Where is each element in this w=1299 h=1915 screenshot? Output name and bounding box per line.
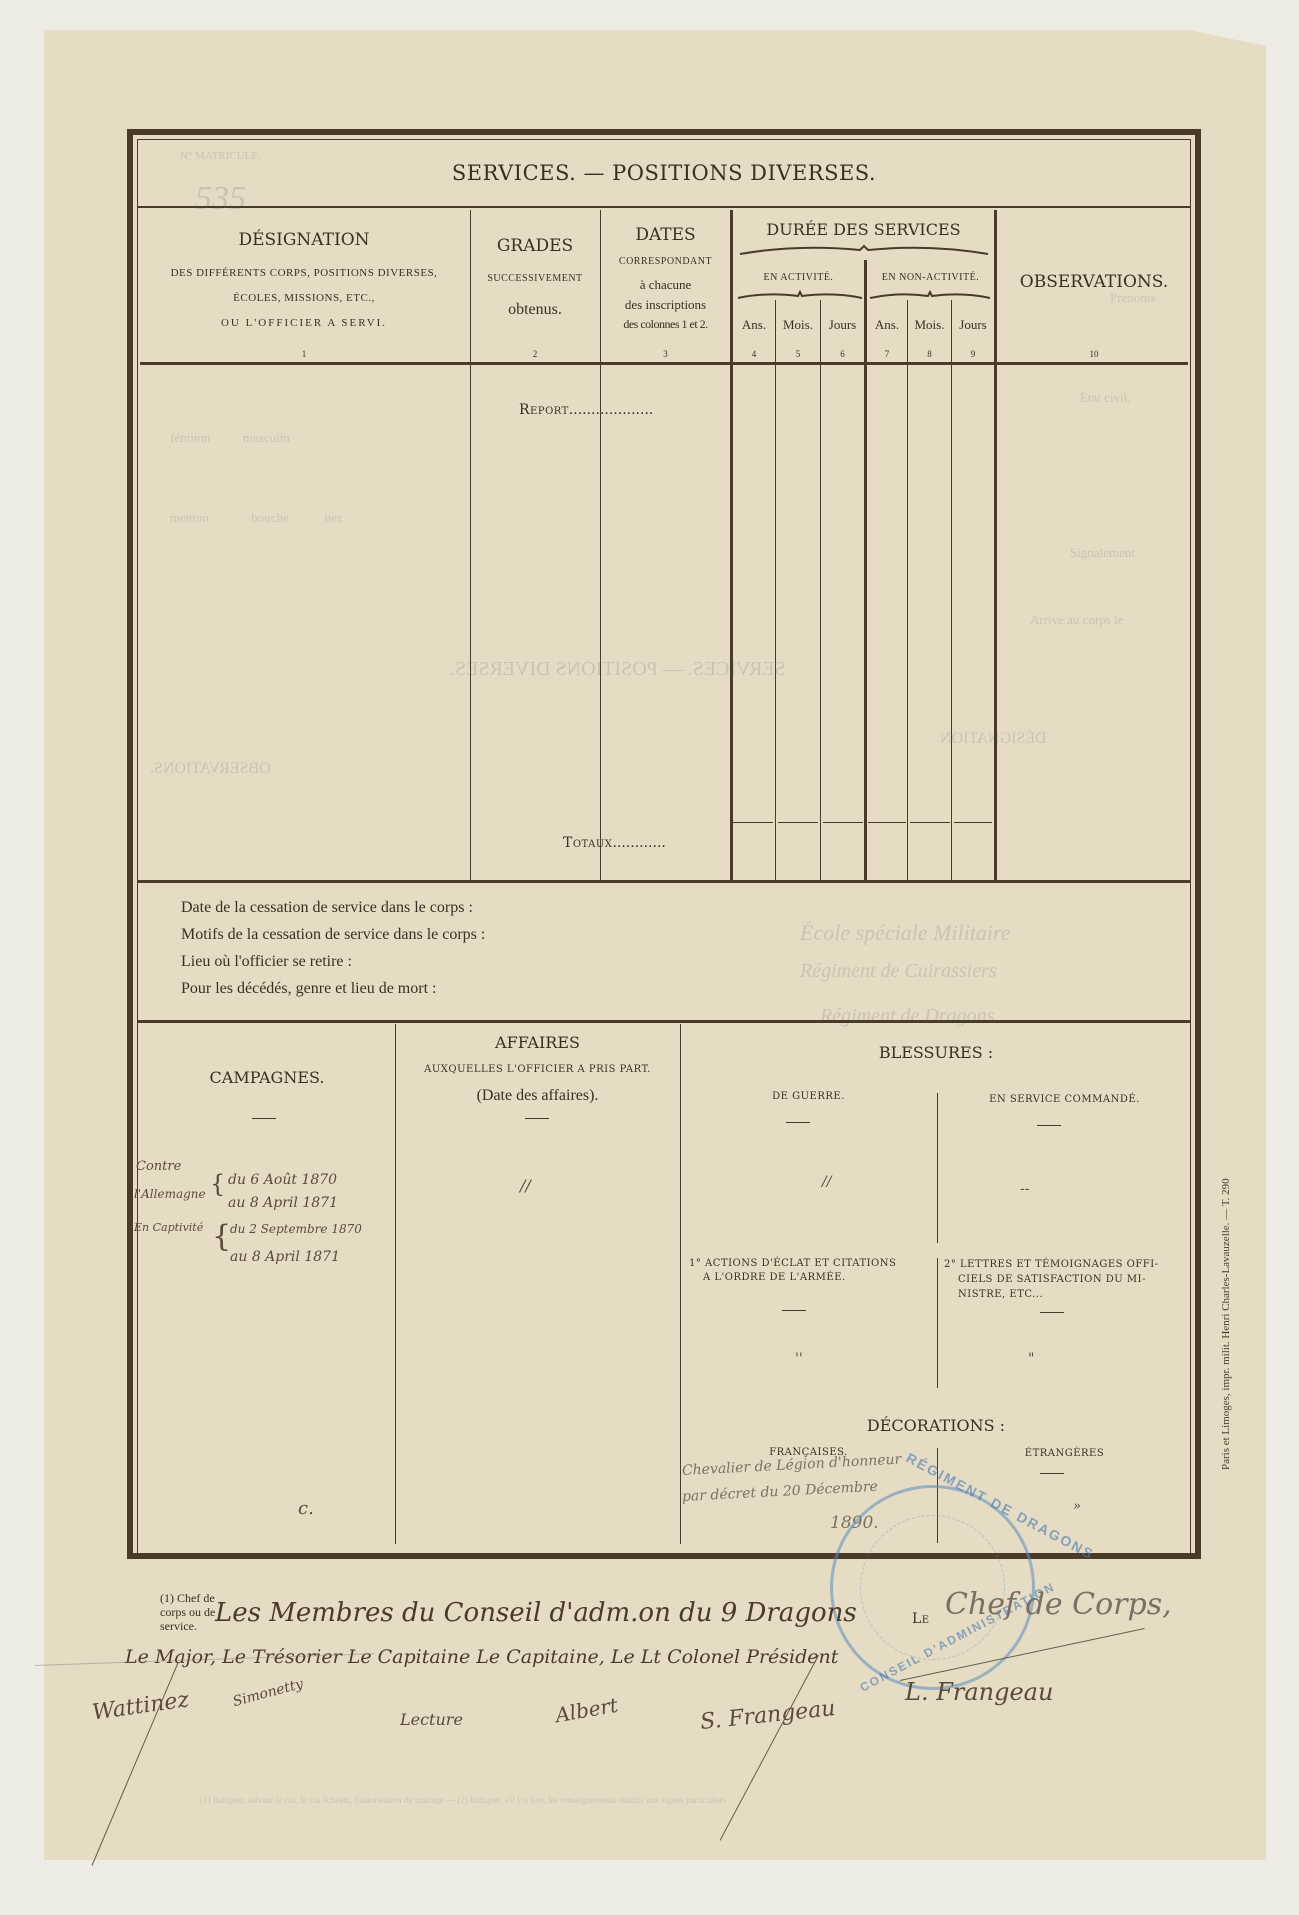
report-dots: ................... <box>569 402 654 418</box>
affaires-date-label: (Date des affaires). <box>396 1088 679 1104</box>
blessures-en-service: EN SERVICE COMMANDÉ. <box>938 1095 1191 1105</box>
sub-col-jours-non-activite: Jours <box>952 318 994 331</box>
sub-col-jours-activite: Jours <box>821 318 864 331</box>
col-divider <box>820 300 821 880</box>
lettres-line1: 2° LETTRES ET TÉMOIGNAGES OFFI- <box>944 1260 1159 1270</box>
sub-col-ans-activite: Ans. <box>733 318 775 331</box>
col-number-1: 1 <box>140 350 468 359</box>
designation-line3: OU L'OFFICIER A SERVI. <box>140 318 468 329</box>
col-divider <box>951 300 952 880</box>
retire-lieu-label: Lieu où l'officier se retire : <box>181 954 352 970</box>
brace-ornament-icon <box>736 290 864 302</box>
designation-title: DÉSIGNATION <box>140 232 468 249</box>
designation-line2: ÉCOLES, MISSIONS, ETC., <box>140 293 468 304</box>
affaires-subtitle: AUXQUELLES L'OFFICIER A PRIS PART. <box>396 1065 679 1075</box>
dates-line1: CORRESPONDANT <box>601 257 730 267</box>
designation-line1: DES DIFFÉRENTS CORPS, POSITIONS DIVERSES… <box>140 268 468 279</box>
campaign-1-to: au 8 April 1871 <box>228 1196 338 1210</box>
campaign-1-from: du 6 Août 1870 <box>228 1173 337 1187</box>
col-number-7: 7 <box>867 350 907 359</box>
blessures-de-guerre-value: // <box>822 1175 831 1189</box>
page-title: SERVICES. — POSITIONS DIVERSES. <box>137 163 1191 184</box>
grades-line2: obtenus. <box>471 302 599 318</box>
affaires-value: // <box>520 1178 531 1194</box>
col-divider <box>730 210 733 880</box>
campagnes-title: CAMPAGNES. <box>140 1070 394 1086</box>
col-number-2: 2 <box>471 350 599 359</box>
sub-col-ans-non-activite: Ans. <box>867 318 907 331</box>
divider <box>137 206 1191 208</box>
campagnes-end-mark: c. <box>298 1500 314 1518</box>
dash-ornament <box>525 1118 549 1119</box>
brace-icon: { <box>210 1172 225 1196</box>
brace-ornament-icon <box>738 244 990 258</box>
col-number-6: 6 <box>821 350 864 359</box>
grades-line1: SUCCESSIVEMENT <box>471 274 599 284</box>
section-rule <box>137 1020 1191 1023</box>
dates-title: DATES <box>601 227 730 244</box>
col-number-10: 10 <box>997 350 1191 359</box>
dash-ornament <box>252 1118 276 1119</box>
en-non-activite-label: EN NON-ACTIVITÉ. <box>867 273 994 283</box>
blessures-en-service-value: -- <box>1020 1182 1029 1196</box>
campaign-1-label-line2: l'Allemagne <box>134 1188 206 1200</box>
duree-title: DURÉE DES SERVICES <box>733 222 994 238</box>
en-activite-label: EN ACTIVITÉ. <box>733 273 864 283</box>
col-number-4: 4 <box>733 350 775 359</box>
col-divider <box>937 1258 938 1388</box>
brace-icon: { <box>212 1222 231 1252</box>
decorations-title: DÉCORATIONS : <box>681 1418 1191 1434</box>
total-underline <box>954 822 992 823</box>
section-rule <box>137 880 1191 883</box>
dash-ornament <box>786 1122 810 1123</box>
dash-ornament <box>1040 1312 1064 1313</box>
ghost-footnote: (1) Indiquer, suivant le cas, le cas éch… <box>200 1795 726 1805</box>
signature-3: Lecture <box>400 1712 463 1728</box>
campaign-2-to: au 8 April 1871 <box>230 1250 340 1264</box>
actions-line2: A L'ORDRE DE L'ARMÉE. <box>703 1273 846 1283</box>
dates-line4: des colonnes 1 et 2. <box>601 318 730 330</box>
col-number-5: 5 <box>776 350 820 359</box>
total-underline <box>733 822 773 823</box>
blessures-de-guerre: DE GUERRE. <box>681 1092 936 1102</box>
chef-de-corps-label: Chef de Corps, <box>945 1590 1172 1620</box>
dash-ornament <box>1040 1473 1064 1474</box>
decorations-etrangeres-value: » <box>1073 1500 1081 1513</box>
dash-ornament <box>1037 1125 1061 1126</box>
dates-line3: des inscriptions <box>601 298 730 311</box>
affaires-title: AFFAIRES <box>396 1035 679 1051</box>
header-rule <box>140 362 1188 365</box>
cessation-date-label: Date de la cessation de service dans le … <box>181 900 473 916</box>
campaign-2-from: du 2 Septembre 1870 <box>230 1223 362 1235</box>
col-divider <box>994 210 997 880</box>
decedes-label: Pour les décédés, genre et lieu de mort … <box>181 981 436 997</box>
dates-line2: à chacune <box>601 278 730 291</box>
dash-ornament <box>782 1310 806 1311</box>
actions-line1: 1° ACTIONS D'ÉCLAT ET CITATIONS <box>689 1259 896 1269</box>
col-divider <box>907 300 908 880</box>
le-label: Le <box>912 1612 930 1626</box>
sub-col-mois-activite: Mois. <box>776 318 820 331</box>
col-divider <box>937 1093 938 1243</box>
totaux-label: Totaux <box>563 835 612 851</box>
col-number-3: 3 <box>601 350 730 359</box>
brace-ornament-icon <box>868 290 992 302</box>
col-number-8: 8 <box>908 350 951 359</box>
report-row: Report................... <box>519 403 653 417</box>
grades-title: GRADES <box>471 238 599 255</box>
signature-6: L. Frangeau <box>905 1680 1053 1704</box>
total-underline <box>778 822 818 823</box>
campaign-2-label: En Captivité <box>134 1222 203 1233</box>
observations-title: OBSERVATIONS. <box>997 274 1191 291</box>
report-label: Report <box>519 402 569 418</box>
conseil-members-line: Les Membres du Conseil d'adm.on du 9 Dra… <box>215 1600 857 1626</box>
campaign-1-label-line1: Contre <box>136 1160 181 1173</box>
actions-value: '' <box>795 1352 803 1366</box>
total-underline <box>868 822 906 823</box>
totaux-dots: ............ <box>612 835 665 851</box>
sub-col-mois-non-activite: Mois. <box>908 318 951 331</box>
totaux-row: Totaux............ <box>563 836 666 850</box>
total-underline <box>823 822 863 823</box>
printer-imprint: Paris et Limoges, impr. milit. Henri Cha… <box>1220 1178 1232 1470</box>
col-number-9: 9 <box>952 350 994 359</box>
lettres-value: " <box>1028 1352 1034 1366</box>
blessures-title: BLESSURES : <box>681 1045 1191 1061</box>
total-underline <box>910 822 950 823</box>
lettres-line2: CIELS DE SATISFACTION DU MI- <box>958 1275 1146 1285</box>
decorations-etrangeres: ÉTRANGÈRES <box>938 1449 1191 1459</box>
col-divider <box>775 300 776 880</box>
lettres-line3: NISTRE, ETC... <box>958 1290 1043 1300</box>
cessation-motifs-label: Motifs de la cessation de service dans l… <box>181 927 485 943</box>
